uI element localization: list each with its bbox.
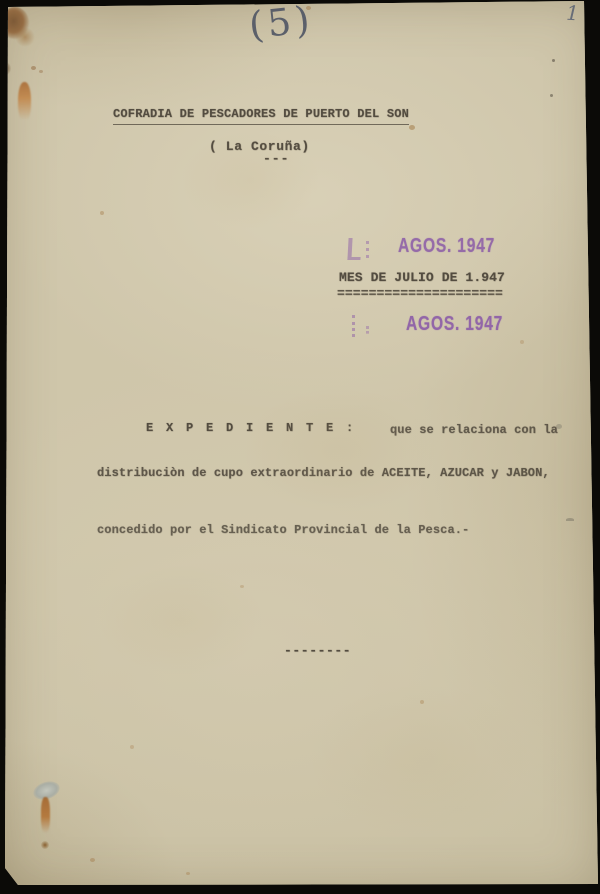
- foxing-dot: [409, 125, 415, 130]
- handwritten-folio-number: (5): [247, 0, 316, 47]
- stain-top-left-halo: [15, 27, 35, 47]
- foxing-dot: [100, 211, 104, 215]
- organization-title: COFRADIA DE PESCADORES DE PUERTO DEL SON: [113, 107, 409, 125]
- scanned-document: (5) 1 COFRADIA DE PESCADORES DE PUERTO D…: [0, 0, 600, 894]
- rust-dot: [41, 841, 49, 849]
- stamp-ink-fragment: [352, 315, 355, 337]
- rust-streak-left: [18, 82, 31, 122]
- closing-dashes: --------: [284, 643, 351, 658]
- staple-rust-streak: [41, 797, 50, 833]
- staple-mark: [31, 778, 62, 803]
- stain-top-left: [1, 7, 29, 39]
- foxing-dot: [31, 66, 36, 70]
- date-stamp-top: AGOS. 1947: [398, 235, 495, 258]
- handwritten-page-number: 1: [563, 1, 581, 26]
- foxing-dot: [186, 872, 190, 875]
- expediente-line3-text: concedido por el Sindicato Provincial de…: [97, 523, 469, 537]
- expediente-heading: E X P E D I E N T E :: [146, 421, 356, 435]
- subtitle-dashes: ---: [263, 151, 289, 166]
- stamp-ink-fragment: [366, 241, 369, 258]
- foxing-dot: [130, 745, 134, 749]
- document-page: (5) 1 COFRADIA DE PESCADORES DE PUERTO D…: [0, 0, 600, 894]
- stain-left-edge-dot: [0, 62, 11, 75]
- month-line: MES DE JULIO DE 1.947: [339, 270, 505, 285]
- speck: [552, 59, 555, 62]
- pen-speck: [566, 518, 574, 521]
- foxing-dot: [520, 340, 524, 344]
- foxing-dot: [39, 70, 43, 73]
- foxing-dot: [90, 858, 95, 862]
- month-underline: =====================: [337, 286, 503, 301]
- foxing-dot: [420, 700, 424, 704]
- expediente-line2-text: distribuciòn de cupo extraordinario de A…: [97, 466, 550, 480]
- place-subtitle: ( La Coruña): [209, 139, 310, 154]
- speck: [550, 94, 553, 97]
- expediente-line1-text: que se relaciona con la: [390, 423, 558, 437]
- stamp-ink-fragment: [366, 326, 369, 334]
- foxing-dot: [240, 585, 244, 588]
- stamp-ink-fragment: [347, 238, 361, 260]
- date-stamp-bottom: AGOS. 1947: [406, 313, 503, 336]
